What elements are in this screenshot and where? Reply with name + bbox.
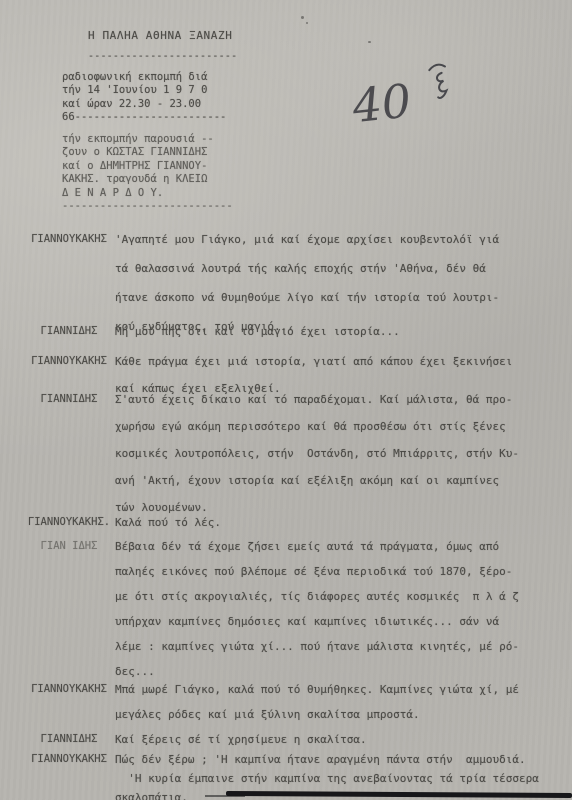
paper-speck (301, 16, 304, 19)
dialogue-line: παληές εικόνες πού βλέπομε σέ ξένα περιο… (115, 559, 554, 584)
presenters-info-line: Δ Ε Ν Α Ρ Δ Ο Υ. (62, 187, 233, 200)
dialogue-line: τά θαλασσινά λουτρά τής καλής εποχής στή… (115, 254, 554, 283)
speaker-label: ΓΙΑΝΝΟΥΚΑΚΗΣ (22, 348, 116, 375)
dialogue-line: Καί ξέρεις σέ τί χρησίμευε η σκαλίτσα. (115, 727, 554, 752)
dialogue-block: ΓΙΑΝΝΙΔΗΣΣ'αυτό έχεις δίκαιο καί τό παρα… (0, 386, 572, 521)
broadcast-info-line: καί ώραν 22.30 - 23.00 (62, 98, 226, 111)
dialogue-block: ΓΙΑΝΝΙΔΗΣΜή μού πής ότι καί τό μαγιό έχε… (0, 317, 572, 346)
presenters-info-line: --------------------------- (62, 200, 233, 213)
speaker-label: ΓΙΑΝ ΙΔΗΣ (22, 534, 116, 559)
dialogue-line: Βέβαια δέν τά έχομε ζήσει εμείς αυτά τά … (115, 534, 554, 559)
typed-content: Η ΠΑΛΗΑ ΑΘΗΝΑ ΞΑΝΑΖΗ -------------------… (0, 0, 572, 800)
broadcast-info-line: 66------------------------ (62, 111, 226, 124)
paper-speck (368, 41, 371, 43)
broadcast-info-block: ραδιοφωνική εκπομπή διάτήν 14 'Ιουνίου 1… (62, 71, 226, 125)
speaker-label: ΓΙΑΝΝΟΥΚΑΚΗΣ (22, 750, 116, 769)
dialogue-lines: Βέβαια δέν τά έχομε ζήσει εμείς αυτά τά … (115, 534, 554, 684)
page-title: Η ΠΑΛΗΑ ΑΘΗΝΑ ΞΑΝΑΖΗ (88, 29, 232, 42)
dialogue-lines: Καί ξέρεις σέ τί χρησίμευε η σκαλίτσα. (115, 727, 554, 752)
handwritten-mark: 40 (349, 73, 414, 133)
presenters-info-line: ΚΑΚΗΣ. τραγουδά η ΚΛΕΙΩ (62, 173, 233, 186)
speaker-label: ΓΙΑΝΝΟΥΚΑΚΗΣ (22, 677, 116, 702)
dialogue-block: ΓΙΑΝ ΙΔΗΣΒέβαια δέν τά έχομε ζήσει εμείς… (0, 534, 572, 684)
dialogue-block: ΓΙΑΝΝΟΥΚΑΚΗΣ.Καλά πού τό λές. (0, 509, 572, 536)
dialogue-block: ΓΙΑΝΝΙΔΗΣΚαί ξέρεις σέ τί χρησίμευε η σκ… (0, 727, 572, 752)
dialogue-line: Μή μού πής ότι καί τό μαγιό έχει ιστορία… (115, 317, 554, 346)
dialogue-line: Σ'αυτό έχεις δίκαιο καί τό παραδέχομαι. … (115, 386, 554, 413)
presenters-info-line: ζουν ο ΚΩΣΤΑΣ ΓΙΑΝΝΙΔΗΣ (62, 146, 233, 159)
dialogue-line: λέμε : καμπίνες γιώτα χί... πού ήτανε μά… (115, 634, 554, 659)
dialogue-line: Μπά μωρέ Γιάγκο, καλά πού τό θυμήθηκες. … (115, 677, 554, 702)
dialogue-line: υπήρχαν καμπίνες δημόσιες καί καμπίνες ι… (115, 609, 554, 634)
broadcast-info-line: τήν 14 'Ιουνίου 1 9 7 0 (62, 84, 226, 97)
dialogue-line: 'Αγαπητέ μου Γιάγκο, μιά καί έχομε αρχίσ… (115, 225, 554, 254)
dialogue-lines: Μή μού πής ότι καί τό μαγιό έχει ιστορία… (115, 317, 554, 346)
dialogue-lines: Σ'αυτό έχεις δίκαιο καί τό παραδέχομαι. … (115, 386, 554, 521)
presenters-info-block: τήν εκπομπήν παρουσιά --ζουν ο ΚΩΣΤΑΣ ΓΙ… (62, 133, 233, 213)
dialogue-lines: Καλά πού τό λές. (115, 509, 554, 536)
dialogue-line: χωρήσω εγώ ακόμη περισσότερο καί θά προσ… (115, 413, 554, 440)
speaker-label: ΓΙΑΝΝΙΔΗΣ (22, 317, 116, 346)
dialogue-line: ανή 'Ακτή, έχουν ιστορία καί εξέλιξη ακό… (115, 467, 554, 494)
broadcast-info-line: ραδιοφωνική εκπομπή διά (62, 71, 226, 84)
presenters-info-line: καί ο ΔΗΜΗΤΡΗΣ ΓΙΑΝΝΟΥ- (62, 160, 233, 173)
speaker-label: ΓΙΑΝΝΟΥΚΑΚΗΣ (22, 225, 116, 254)
paper-speck (306, 22, 308, 24)
document-page: Η ΠΑΛΗΑ ΑΘΗΝΑ ΞΑΝΑΖΗ -------------------… (0, 0, 572, 800)
title-separator: ------------------------ (88, 51, 237, 62)
dialogue-line: μεγάλες ρόδες καί μιά ξύλινη σκαλίτσα μπ… (115, 702, 554, 727)
dialogue-line: ήτανε άσκοπο νά θυμηθούμε λίγο καί τήν ι… (115, 283, 554, 312)
dialogue-line: 'Η κυρία έμπαινε στήν καμπίνα της ανεβαί… (115, 769, 554, 788)
speaker-label: ΓΙΑΝΝΟΥΚΑΚΗΣ. (22, 509, 116, 536)
speaker-label: ΓΙΑΝΝΙΔΗΣ (22, 386, 116, 413)
dialogue-line: Κάθε πράγμα έχει μιά ιστορία, γιατί από … (115, 348, 554, 375)
dialogue-block: ΓΙΑΝΝΟΥΚΑΚΗΣΜπά μωρέ Γιάγκο, καλά πού τό… (0, 677, 572, 727)
handwritten-superscript-squiggle (429, 64, 448, 99)
dialogue-line: με ότι στίς ακρογιαλιές, τίς διάφορες αυ… (115, 584, 554, 609)
dialogue-lines: Μπά μωρέ Γιάγκο, καλά πού τό θυμήθηκες. … (115, 677, 554, 727)
dialogue-line: Πώς δέν ξέρω ; 'Η καμπίνα ήτανε αραγμένη… (115, 750, 554, 769)
presenters-info-line: τήν εκπομπήν παρουσιά -- (62, 133, 233, 146)
speaker-label: ΓΙΑΝΝΙΔΗΣ (22, 727, 116, 752)
handwritten-annotation: 40 (344, 51, 481, 142)
scan-edge-artifact (205, 795, 245, 797)
dialogue-line: κοσμικές λουτροπόλεις, στήν Οστάνδη, στό… (115, 440, 554, 467)
dialogue-line: Καλά πού τό λές. (115, 509, 554, 536)
